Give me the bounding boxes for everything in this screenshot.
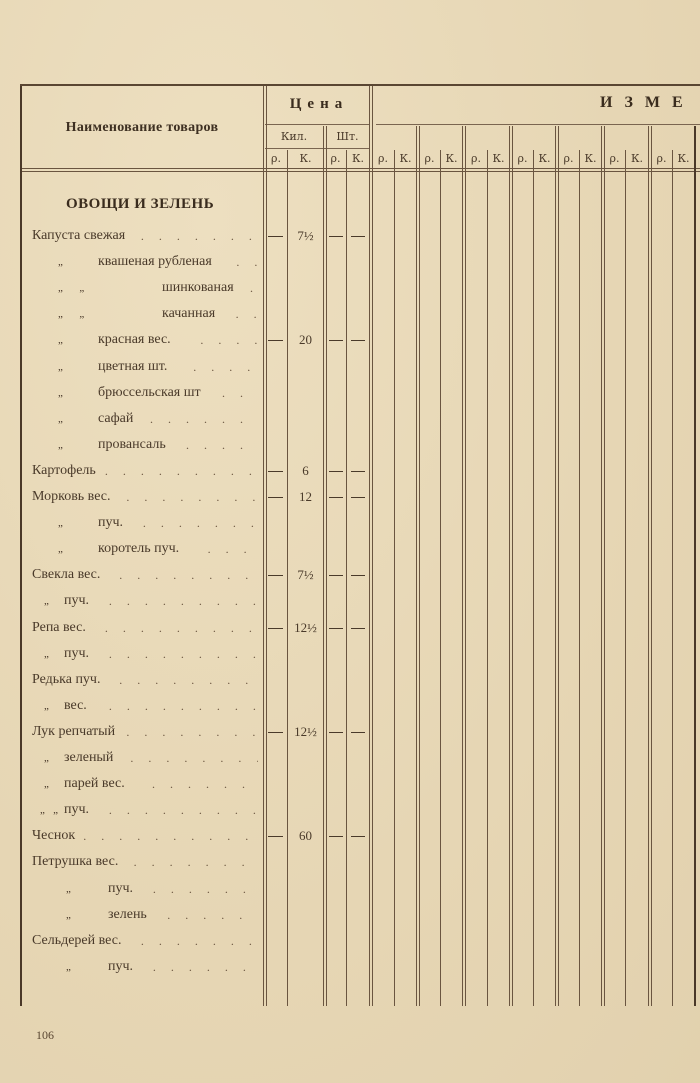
leader-dots: . . . . . . . . . . . . . . . . . . . <box>152 772 258 796</box>
kil-rub-dash <box>268 836 283 837</box>
column-header-price: Цена <box>265 96 373 113</box>
item-name: цветная шт. <box>98 355 167 379</box>
table-row: „цветная шт.. . . . . . . . . . . . . . … <box>32 355 258 379</box>
subheader-underline <box>265 148 370 149</box>
change-col-3-rk <box>487 150 488 1006</box>
change-3-r: ρ. <box>465 152 487 165</box>
change-col-divider-6 <box>648 126 649 1006</box>
leader-dots: . . . . . . . . . . . . . . . . . . . <box>126 485 258 509</box>
sht-kop-dash <box>351 471 365 472</box>
sht-kop-dash <box>351 575 365 576</box>
table-row: „пуч.. . . . . . . . . . . . . . . . . .… <box>32 877 258 901</box>
leader-dots: . . . . . . . . . . . . . . . . . . . <box>200 328 258 352</box>
change-3-k: К. <box>488 152 509 165</box>
kil-rub-dash <box>268 471 283 472</box>
leader-dots: . . . . . . . . . . . . . . . . . . . <box>250 276 258 300</box>
change-6-k: К. <box>626 152 648 165</box>
table-row: „пуч.. . . . . . . . . . . . . . . . . .… <box>32 511 258 535</box>
kil-rub-dash <box>268 732 283 733</box>
item-name: Свекла вес. <box>32 563 100 587</box>
change-5-r: ρ. <box>558 152 579 165</box>
table-row: Редька пуч.. . . . . . . . . . . . . . .… <box>32 668 258 692</box>
sht-kop-dash <box>351 628 365 629</box>
leader-dots: . . . . . . . . . . . . . . . . . . . <box>83 824 258 848</box>
ditto-mark: „ <box>44 642 49 666</box>
ditto-mark: „ „ <box>58 276 84 300</box>
top-rule <box>20 84 700 86</box>
kil-rub-dash <box>268 575 283 576</box>
kil-rk-divider <box>287 150 288 1006</box>
page-number: 106 <box>36 1028 54 1043</box>
leader-dots: . . . . . . . . . . . . . . . . . . . <box>141 224 258 248</box>
item-name: зеленый <box>64 746 113 770</box>
sht-rub-dash <box>329 836 343 837</box>
item-name: Капуста свежая <box>32 224 125 248</box>
ditto-mark: „ <box>44 589 49 613</box>
kil-r-label: ρ. <box>264 152 288 165</box>
column-header-name: Наименование товаров <box>22 120 262 136</box>
table-row: „провансаль. . . . . . . . . . . . . . .… <box>32 433 258 457</box>
sht-rk-divider <box>346 150 347 1006</box>
table-row: Петрушка вес.. . . . . . . . . . . . . .… <box>32 850 258 874</box>
leader-dots: . . . . . . . . . . . . . . . . . . . <box>208 537 258 561</box>
ditto-mark: „ „ <box>58 302 84 326</box>
kil-kop-price: 7½ <box>289 224 322 248</box>
item-name: пуч. <box>64 589 89 613</box>
sht-rub-dash <box>329 236 343 237</box>
ditto-mark: „ <box>44 772 49 796</box>
table-row: „красная вес.. . . . . . . . . . . . . .… <box>32 328 258 352</box>
sht-kop-dash <box>351 340 365 341</box>
sht-rub-dash <box>329 628 343 629</box>
leader-dots: . . . . . . . . . . . . . . . . . . . <box>130 746 258 770</box>
leader-dots: . . . . . . . . . . . . . . . . . . . <box>236 302 258 326</box>
ditto-mark: „ <box>66 903 71 927</box>
table-row: „брюссельская шт. . . . . . . . . . . . … <box>32 381 258 405</box>
kil-sht-divider <box>323 126 324 1006</box>
leader-dots: . . . . . . . . . . . . . . . . . . . <box>126 720 258 744</box>
change-6-r: ρ. <box>604 152 625 165</box>
item-name: Сельдерей вес. <box>32 929 121 953</box>
table-row: Чеснок. . . . . . . . . . . . . . . . . … <box>32 824 258 848</box>
sht-kop-dash <box>351 497 365 498</box>
item-name: сафай <box>98 407 133 431</box>
table-row: „парей вес.. . . . . . . . . . . . . . .… <box>32 772 258 796</box>
leader-dots: . . . . . . . . . . . . . . . . . . . <box>143 511 258 535</box>
leader-dots: . . . . . . . . . . . . . . . . . . . <box>119 563 258 587</box>
table-row: „пуч.. . . . . . . . . . . . . . . . . .… <box>32 955 258 979</box>
leader-dots: . . . . . . . . . . . . . . . . . . . <box>141 929 258 953</box>
item-name: провансаль <box>98 433 166 457</box>
change-col-divider-1 <box>416 126 417 1006</box>
item-name: пуч. <box>108 877 133 901</box>
leader-dots: . . . . . . . . . . . . . . . . . . . <box>186 433 258 457</box>
price-list-page: Наименование товаров Цена ИЗМЕ Кил. Шт. … <box>0 0 700 1083</box>
leader-dots: . . . . . . . . . . . . . . . . . . . <box>109 798 258 822</box>
price-group-underline <box>265 124 370 125</box>
sht-rub-dash <box>329 497 343 498</box>
table-row: Картофель. . . . . . . . . . . . . . . .… <box>32 459 258 483</box>
table-row: „зеленый. . . . . . . . . . . . . . . . … <box>32 746 258 770</box>
table-row: „пуч.. . . . . . . . . . . . . . . . . .… <box>32 589 258 613</box>
change-col-divider-4 <box>555 126 556 1006</box>
item-name: Репа вес. <box>32 616 86 640</box>
change-col-divider-5 <box>601 126 602 1006</box>
item-name: зелень <box>108 903 147 927</box>
table-row: „коротель пуч.. . . . . . . . . . . . . … <box>32 537 258 561</box>
sht-rub-dash <box>329 575 343 576</box>
table-row: „ „пуч.. . . . . . . . . . . . . . . . .… <box>32 798 258 822</box>
ditto-mark: „ <box>58 511 63 535</box>
kil-rub-dash <box>268 340 283 341</box>
change-col-1-rk <box>394 150 395 1006</box>
leader-dots: . . . . . . . . . . . . . . . . . . . <box>167 903 258 927</box>
item-name: вес. <box>64 694 87 718</box>
item-name: Морковь вес. <box>32 485 111 509</box>
item-name: коротель пуч. <box>98 537 179 561</box>
sht-kop-dash <box>351 236 365 237</box>
item-name: красная вес. <box>98 328 171 352</box>
item-name: брюссельская шт <box>98 381 201 405</box>
column-header-kil: Кил. <box>265 130 323 143</box>
table-row: „квашеная рубленая. . . . . . . . . . . … <box>32 250 258 274</box>
sht-rub-dash <box>329 340 343 341</box>
leader-dots: . . . . . . . . . . . . . . . . . . . <box>105 459 258 483</box>
table-row: „ „качанная. . . . . . . . . . . . . . .… <box>32 302 258 326</box>
sht-k-label: К. <box>347 152 369 165</box>
leader-dots: . . . . . . . . . . . . . . . . . . . <box>153 877 258 901</box>
ditto-mark: „ <box>58 328 63 352</box>
price-change-divider <box>369 86 370 1006</box>
ditto-mark: „ <box>58 537 63 561</box>
leader-dots: . . . . . . . . . . . . . . . . . . . <box>193 355 258 379</box>
leader-dots: . . . . . . . . . . . . . . . . . . . <box>105 616 258 640</box>
change-col-6-rk <box>625 150 626 1006</box>
ditto-mark: „ <box>58 381 63 405</box>
right-edge-line <box>694 126 696 1006</box>
kil-k-label: К. <box>288 152 323 165</box>
ditto-mark: „ <box>66 955 71 979</box>
kil-kop-price: 20 <box>289 328 322 352</box>
change-2-k: К. <box>441 152 462 165</box>
item-name: квашеная рубленая <box>98 250 212 274</box>
item-name: Картофель <box>32 459 96 483</box>
section-title: ОВОЩИ И ЗЕЛЕНЬ <box>66 196 214 213</box>
item-name: качанная <box>162 302 215 326</box>
name-price-divider <box>263 86 264 1006</box>
kil-kop-price: 12½ <box>289 616 322 640</box>
change-1-k: К. <box>395 152 416 165</box>
kil-rub-dash <box>268 497 283 498</box>
item-name: пуч. <box>64 642 89 666</box>
header-bottom-rule <box>20 168 700 169</box>
ditto-mark: „ <box>44 694 49 718</box>
change-7-k: К. <box>673 152 694 165</box>
change-col-divider-3 <box>509 126 510 1006</box>
sht-r-label: ρ. <box>325 152 346 165</box>
ditto-mark: „ <box>58 355 63 379</box>
ditto-mark: „ <box>66 877 71 901</box>
column-header-changes: ИЗМЕ <box>600 94 700 112</box>
leader-dots: . . . . . . . . . . . . . . . . . . . <box>222 381 258 405</box>
leader-dots: . . . . . . . . . . . . . . . . . . . <box>134 850 258 874</box>
leader-dots: . . . . . . . . . . . . . . . . . . . <box>109 642 258 666</box>
left-border <box>20 86 22 1006</box>
table-row: Лук репчатый. . . . . . . . . . . . . . … <box>32 720 258 744</box>
column-header-sht: Шт. <box>325 130 370 143</box>
change-4-k: К. <box>534 152 555 165</box>
leader-dots: . . . . . . . . . . . . . . . . . . . <box>109 694 258 718</box>
kil-kop-price: 12½ <box>289 720 322 744</box>
kil-kop-price: 12 <box>289 485 322 509</box>
ditto-mark: „ „ <box>40 798 58 822</box>
ditto-mark: „ <box>58 250 63 274</box>
sht-rub-dash <box>329 471 343 472</box>
leader-dots: . . . . . . . . . . . . . . . . . . . <box>109 589 258 613</box>
table-row: Свекла вес.. . . . . . . . . . . . . . .… <box>32 563 258 587</box>
table-row: „ „шинкованая. . . . . . . . . . . . . .… <box>32 276 258 300</box>
sht-kop-dash <box>351 732 365 733</box>
table-row: „пуч.. . . . . . . . . . . . . . . . . .… <box>32 642 258 666</box>
table-row: „сафай. . . . . . . . . . . . . . . . . … <box>32 407 258 431</box>
change-1-r: ρ. <box>372 152 394 165</box>
leader-dots: . . . . . . . . . . . . . . . . . . . <box>150 407 258 431</box>
change-col-4-rk <box>533 150 534 1006</box>
sht-kop-dash <box>351 836 365 837</box>
item-name: Чеснок <box>32 824 75 848</box>
header-bottom-rule-2 <box>20 171 700 172</box>
change-5-k: К. <box>580 152 601 165</box>
kil-kop-price: 60 <box>289 824 322 848</box>
table-row: Сельдерей вес.. . . . . . . . . . . . . … <box>32 929 258 953</box>
table-row: Морковь вес.. . . . . . . . . . . . . . … <box>32 485 258 509</box>
ditto-mark: „ <box>58 407 63 431</box>
change-col-5-rk <box>579 150 580 1006</box>
table-row: Капуста свежая. . . . . . . . . . . . . … <box>32 224 258 248</box>
change-7-r: ρ. <box>651 152 672 165</box>
change-4-r: ρ. <box>512 152 533 165</box>
ditto-mark: „ <box>58 433 63 457</box>
leader-dots: . . . . . . . . . . . . . . . . . . . <box>119 668 258 692</box>
item-name: пуч. <box>98 511 123 535</box>
sht-rub-dash <box>329 732 343 733</box>
change-col-7-rk <box>672 150 673 1006</box>
table-row: Репа вес.. . . . . . . . . . . . . . . .… <box>32 616 258 640</box>
item-name: парей вес. <box>64 772 125 796</box>
change-col-2-rk <box>440 150 441 1006</box>
item-name: пуч. <box>64 798 89 822</box>
table-row: „вес.. . . . . . . . . . . . . . . . . .… <box>32 694 258 718</box>
leader-dots: . . . . . . . . . . . . . . . . . . . <box>236 250 258 274</box>
item-name: Редька пуч. <box>32 668 100 692</box>
kil-rub-dash <box>268 628 283 629</box>
leader-dots: . . . . . . . . . . . . . . . . . . . <box>153 955 258 979</box>
item-name: Петрушка вес. <box>32 850 118 874</box>
change-col-divider-2 <box>462 126 463 1006</box>
change-group-underline <box>376 124 700 125</box>
item-name: шинкованая <box>162 276 234 300</box>
table-row: „зелень. . . . . . . . . . . . . . . . .… <box>32 903 258 927</box>
kil-kop-price: 6 <box>289 459 322 483</box>
kil-rub-dash <box>268 236 283 237</box>
item-name: Лук репчатый <box>32 720 115 744</box>
change-2-r: ρ. <box>419 152 440 165</box>
ditto-mark: „ <box>44 746 49 770</box>
item-name: пуч. <box>108 955 133 979</box>
kil-kop-price: 7½ <box>289 563 322 587</box>
